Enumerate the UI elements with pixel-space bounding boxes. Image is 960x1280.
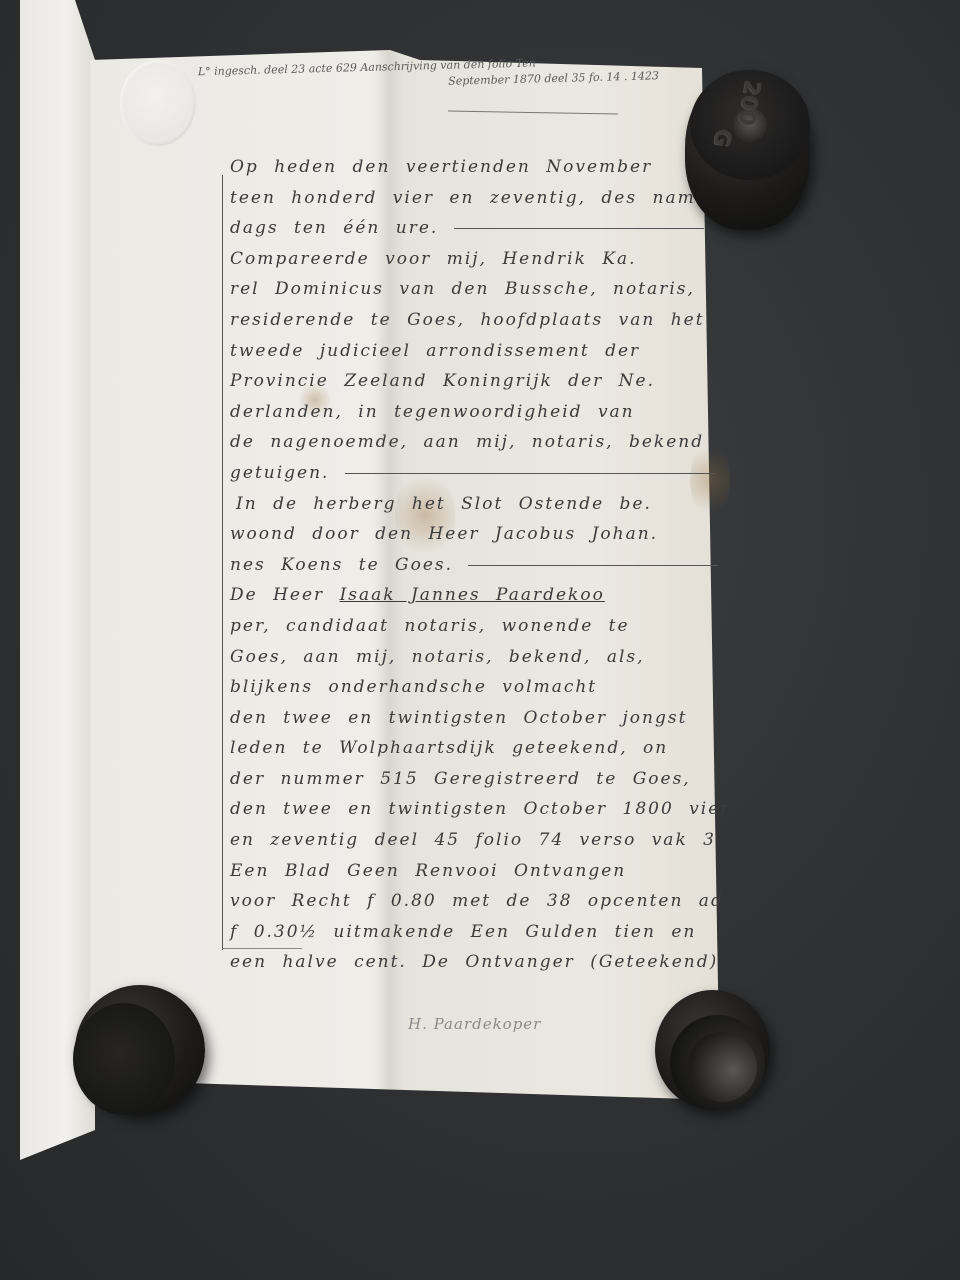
text-line: residerende te Goes, hoofdplaats van het bbox=[230, 305, 718, 336]
text-line: Compareerde voor mij, Hendrik Ka. bbox=[230, 244, 718, 275]
text-line: en zeventig deel 45 folio 74 verso vak 3 bbox=[230, 825, 718, 856]
weight-face bbox=[73, 1003, 175, 1115]
text-line: den twee en twintigsten October 1800 vie… bbox=[230, 794, 718, 825]
text-line: nes Koens te Goes. bbox=[230, 550, 718, 581]
margin-line bbox=[222, 175, 223, 950]
text-line: f 0.30½ uitmakende Een Gulden tien en bbox=[230, 917, 718, 948]
text-line: leden te Wolphaartsdijk geteekend, on bbox=[230, 733, 718, 764]
text-line: Op heden den veertienden November bbox=[230, 152, 718, 183]
fill-rule bbox=[454, 228, 704, 229]
fill-rule bbox=[468, 565, 718, 566]
folded-paper-flap bbox=[20, 0, 95, 1160]
weight-dome bbox=[687, 1032, 757, 1102]
text-line-content: getuigen. bbox=[230, 463, 329, 483]
text-line: blijkens onderhandsche volmacht bbox=[230, 672, 718, 703]
text-line-content: nes Koens te Goes. bbox=[230, 555, 453, 575]
paperweight-bottom-right bbox=[655, 990, 770, 1110]
text-line: Provincie Zeeland Koningrijk der Ne. bbox=[230, 366, 718, 397]
paperweight-200g: 200 G bbox=[685, 70, 810, 230]
signature: H. Paardekoper bbox=[408, 1015, 541, 1033]
text-line: getuigen. bbox=[230, 458, 718, 489]
paperweight-bottom-left bbox=[75, 985, 205, 1115]
text-line: In de herberg het Slot Ostende be. bbox=[230, 489, 718, 520]
document-body: Op heden den veertienden November teen h… bbox=[230, 152, 718, 978]
text-line: De Heer Isaak Jannes Paardekoo bbox=[230, 580, 718, 611]
text-line: tweede judicieel arrondissement der bbox=[230, 336, 718, 367]
embossed-seal-icon bbox=[120, 60, 196, 146]
text-line: Goes, aan mij, notaris, bekend, als, bbox=[230, 642, 718, 673]
text-line: per, candidaat notaris, wonende te bbox=[230, 611, 718, 642]
fill-rule bbox=[345, 473, 715, 474]
text-line: derlanden, in tegenwoordigheid van bbox=[230, 397, 718, 428]
text-line-content: dags ten één ure. bbox=[230, 218, 438, 238]
text-line: de nagenoemde, aan mij, notaris, bekend bbox=[230, 427, 718, 458]
text-line: dags ten één ure. bbox=[230, 213, 718, 244]
text-line: teen honderd vier en zeventig, des nam bbox=[230, 183, 718, 214]
text-line: den twee en twintigsten October jongst bbox=[230, 703, 718, 734]
text-line: Een Blad Geen Renvooi Ontvangen bbox=[230, 856, 718, 887]
text-line: een halve cent. De Ontvanger (Geteekend) bbox=[230, 947, 718, 978]
underlined-name: Isaak Jannes Paardekoo bbox=[340, 585, 605, 605]
text-line: woond door den Heer Jacobus Johan. bbox=[230, 519, 718, 550]
text-line: rel Dominicus van den Bussche, notaris, bbox=[230, 274, 718, 305]
text-line: der nummer 515 Geregistreerd te Goes, bbox=[230, 764, 718, 795]
text-line: voor Recht f 0.80 met de 38 opcenten ad bbox=[230, 886, 718, 917]
